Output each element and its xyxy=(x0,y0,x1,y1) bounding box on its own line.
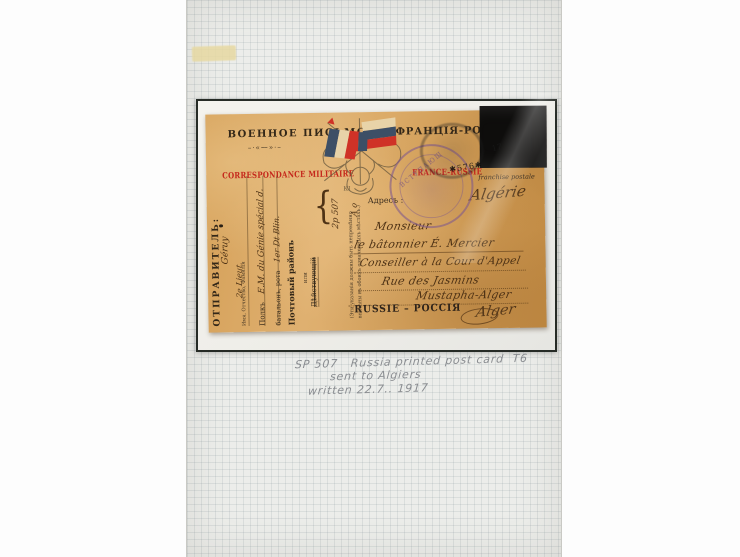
photo-page: ВОЕННОЕ ПИСЬМО –·«⁓»·– ФРАНЦІЯ-РОССІЯ CO… xyxy=(0,0,740,557)
ink-speck xyxy=(219,224,223,227)
sender-struck-option: Дѣйствующій xyxy=(310,257,320,307)
card-mount: ВОЕННОЕ ПИСЬМО –·«⁓»·– ФРАНЦІЯ-РОССІЯ CO… xyxy=(196,99,557,352)
flourish-icon: –·«⁓»·– xyxy=(248,143,282,152)
pencil-annotation-line: written 22.7.. 1917 xyxy=(308,381,430,397)
postcard: ВОЕННОЕ ПИСЬМО –·«⁓»·– ФРАНЦІЯ-РОССІЯ CO… xyxy=(205,109,546,332)
sender-battalion-label: батальонъ, рота xyxy=(274,270,283,325)
album-page: ВОЕННОЕ ПИСЬМО –·«⁓»·– ФРАНЦІЯ-РОССІЯ CO… xyxy=(186,0,562,557)
address-line: le bâtonnier É. Mercier xyxy=(353,236,495,251)
district-value-block: 2р 507 А о xyxy=(322,178,347,230)
blacked-out-corner xyxy=(480,106,547,168)
tape-mark xyxy=(192,45,236,62)
address-line: Rue des Jasmins xyxy=(381,273,481,288)
address-rule xyxy=(354,270,526,274)
franchise-postale-note: franchise postale xyxy=(478,172,535,181)
russie-rossiya-footer: RUSSIE – РОССІЯ xyxy=(354,303,461,316)
address-region-handwriting: Algérie xyxy=(469,182,528,205)
address-signoff-handwriting: Alger xyxy=(475,301,517,320)
sender-form: ОТПРАВИТЕЛЬ: Имя, Отчество, Фамилія Géru… xyxy=(210,175,324,329)
sender-name-handwriting: Géruy xyxy=(220,236,230,265)
address-rule xyxy=(354,251,524,255)
sender-rank-handwriting: 2e Lieut. xyxy=(235,262,245,299)
form-footnote: (Эти указанія должны быть непремѣнно впи… xyxy=(348,192,366,318)
form-footnote-line: вписаны въ обоихъ означенныхъ мѣстахъ.) xyxy=(355,192,364,318)
address-line: Conseiller à la Cour d'Appel xyxy=(358,255,521,270)
district-value-handwriting: 2р 507 xyxy=(331,198,341,229)
address-line: Mustapha-Alger xyxy=(415,288,513,303)
sender-battalion-handwriting: 1er Dt Blin. xyxy=(272,215,282,264)
